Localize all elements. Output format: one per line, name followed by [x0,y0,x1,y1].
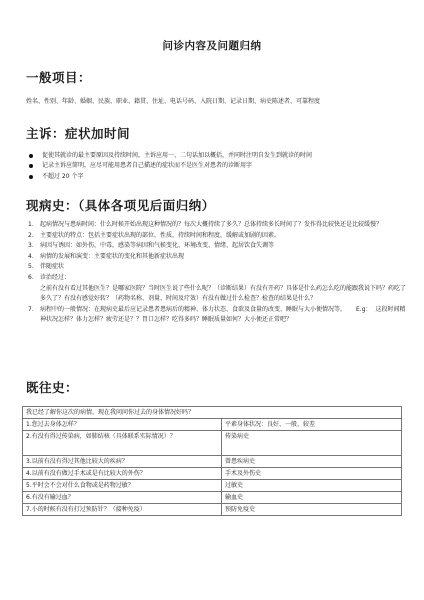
present-illness-list: 1.起病情况与患病时间：什么时候开始出现这种情况的？每次大概持续了多久？总体持续… [26,220,410,326]
category-cell: 曾患疾病史 [222,456,402,468]
list-item: 6.诊治经过：之前有没有看过其他医生？是哪家医院？当时医生说了些什么呢？（诊断结… [26,273,410,305]
chief-complaint-heading: 主诉：症状加时间 [26,124,130,142]
table-row: 2.有没有得过传染病，如肺结核（具体联系实际情况）？ 传染病史 [23,431,402,456]
document-title: 问诊内容及问题归纳 [0,38,424,53]
document-page: 问诊内容及问题归纳 一般项目： 姓名、性别、年龄、婚姻、民族、职业、籍贯、住址、… [0,0,424,600]
table-row: 1.您过去身体怎样？ 平素身体状况：良好、一般、较差 [23,419,402,431]
bullet-icon [29,164,33,168]
bullet-icon [29,154,33,158]
table-row: 4.以前有没有做过手术或是有比较大的外伤？ 手术及外伤史 [23,468,402,480]
table-row: 3.以前有没有得过其他比较大的疾病？ 曾患疾病史 [23,456,402,468]
treatment-history-detail: 之前有没有看过其他医生？是哪家医院？当时医生说了些什么呢？（诊断结果）有没有开药… [40,284,410,305]
past-history-table: 我已经了解你这次的病情，现在我问问你过去的身体情况好吗？ 1.您过去身体怎样？ … [22,406,402,516]
present-illness-heading: 现病史：（具体各项见后面归纳） [26,196,215,214]
table-row: 6.有没有输过血？ 输血史 [23,492,402,504]
list-item: 不超过 20 个字 [26,172,312,182]
category-cell: 平素身体状况：良好、一般、较差 [222,419,402,431]
general-items-heading: 一般项目： [26,68,91,86]
question-cell: 1.您过去身体怎样？ [23,419,222,431]
list-item: 5.伴随症状 [26,262,410,273]
bullet-icon [29,175,33,179]
example-label: E.g： [356,306,372,313]
table-header-cell: 我已经了解你这次的病情，现在我问问你过去的身体情况好吗？ [23,407,402,419]
list-item: 记录主诉应简明，应尽可能用患者自己描述的症状而不是医生对患者的诊断用字 [26,161,312,171]
list-item: 7.病程中的一般情况：在现病史最后应记录患者患病后的精神、体力状态、食欲及食量的… [26,305,410,326]
question-cell: 6.有没有输过血？ [23,492,222,504]
category-cell: 预防免疫史 [222,504,402,516]
category-cell: 输血史 [222,492,402,504]
question-cell: 4.以前有没有做过手术或是有比较大的外伤？ [23,468,222,480]
list-item: 2.主要症状的特点：包括主要症状出现的部位，性质，持续时间和程度，缓解或加剧的因… [26,231,410,242]
category-cell: 过敏史 [222,480,402,492]
question-cell: 7.小的时候有没有打过预防针？（接种免疫） [23,504,222,516]
question-cell: 3.以前有没有得过其他比较大的疾病？ [23,456,222,468]
question-cell: 5.平时会不会对什么食物或是药物过敏？ [23,480,222,492]
list-item: 3.病因与诱因：如外伤，中毒，感染等病因和气候变化、环境改变、情绪、起居饮食失调… [26,241,410,252]
table-header-row: 我已经了解你这次的病情，现在我问问你过去的身体情况好吗？ [23,407,402,419]
table-row: 7.小的时候有没有打过预防针？（接种免疫） 预防免疫史 [23,504,402,516]
list-item: 促使其就诊的最主要原因及持续时间，主诉应用一、二句话加以概括，并同时注明自发生到… [26,151,312,161]
chief-complaint-list: 促使其就诊的最主要原因及持续时间，主诉应用一、二句话加以概括，并同时注明自发生到… [26,151,312,182]
table-row: 5.平时会不会对什么食物或是药物过敏？ 过敏史 [23,480,402,492]
general-items-text: 姓名、性别、年龄、婚姻、民族、职业、籍贯、住址、电话号码、入院日期、记录日期、病… [26,97,320,107]
category-cell: 手术及外伤史 [222,468,402,480]
category-cell: 传染病史 [222,431,402,456]
past-history-heading: 既往史： [26,378,78,396]
question-cell: 2.有没有得过传染病，如肺结核（具体联系实际情况）？ [23,431,222,456]
list-item: 1.起病情况与患病时间：什么时候开始出现这种情况的？每次大概持续了多久？总体持续… [26,220,410,231]
list-item: 4.病情的发展和演变：主要症状的变化和其他新症状出现 [26,252,410,263]
